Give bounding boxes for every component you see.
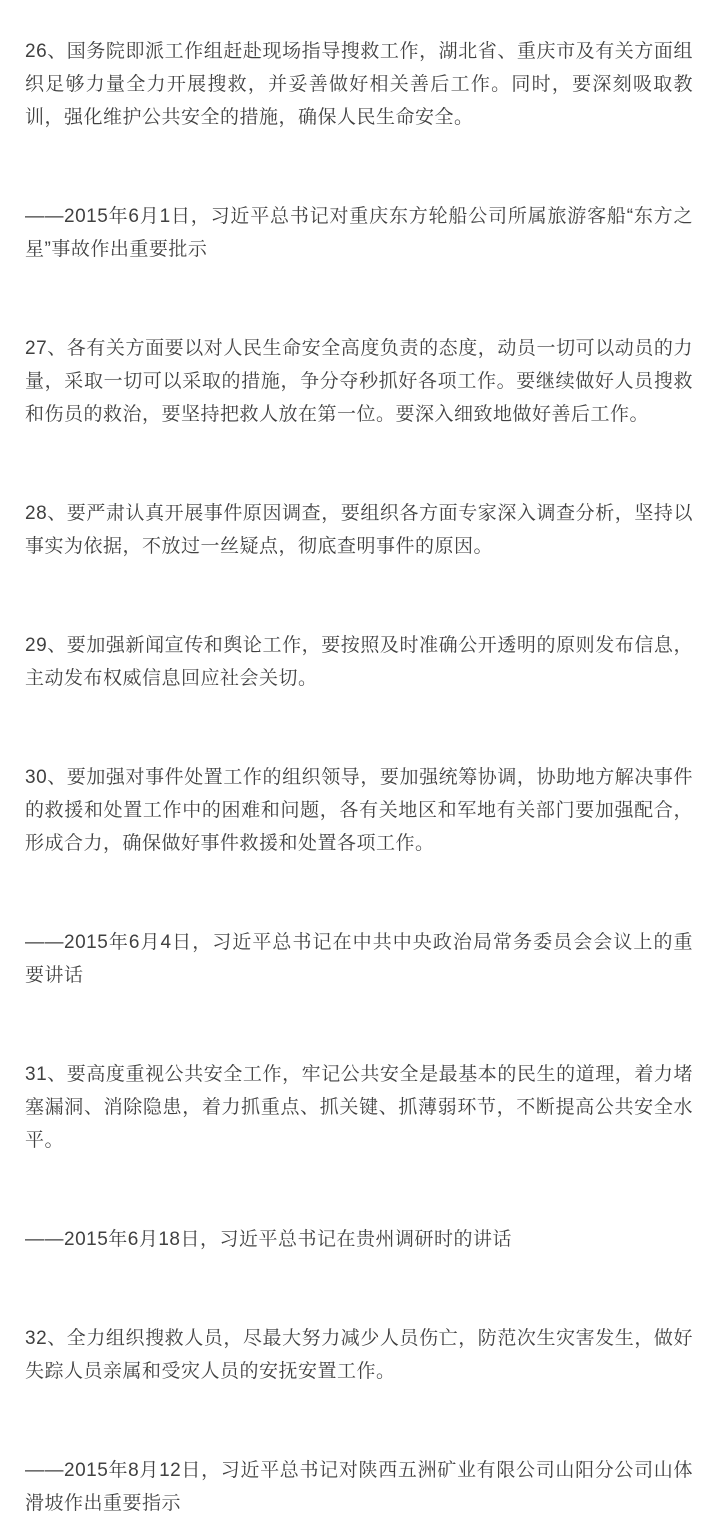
paragraph-29: 29、要加强新闻宣传和舆论工作，要按照及时准确公开透明的原则发布信息，主动发布权… xyxy=(25,629,693,695)
attribution-line-jun1: ——2015年6月1日，习近平总书记对重庆东方轮船公司所属旅游客船“东方之星”事… xyxy=(25,200,693,266)
paragraph-27: 27、各有关方面要以对人民生命安全高度负责的态度，动员一切可以动员的力量，采取一… xyxy=(25,332,693,431)
attribution-line-aug12: ——2015年8月12日，习近平总书记对陕西五洲矿业有限公司山阳分公司山体滑坡作… xyxy=(25,1454,693,1520)
paragraph-30: 30、要加强对事件处置工作的组织领导，要加强统筹协调，协助地方解决事件的救援和处… xyxy=(25,761,693,860)
document-body: 26、国务院即派工作组赶赴现场指导搜救工作，湖北省、重庆市及有关方面组织足够力量… xyxy=(0,0,718,1540)
paragraph-26: 26、国务院即派工作组赶赴现场指导搜救工作，湖北省、重庆市及有关方面组织足够力量… xyxy=(25,35,693,134)
attribution-line-jun18: ——2015年6月18日，习近平总书记在贵州调研时的讲话 xyxy=(25,1223,693,1256)
paragraph-28: 28、要严肃认真开展事件原因调查，要组织各方面专家深入调查分析，坚持以事实为依据… xyxy=(25,497,693,563)
attribution-line-jun4: ——2015年6月4日，习近平总书记在中共中央政治局常务委员会会议上的重要讲话 xyxy=(25,926,693,992)
paragraph-31: 31、要高度重视公共安全工作，牢记公共安全是最基本的民生的道理，着力堵塞漏洞、消… xyxy=(25,1058,693,1157)
paragraph-32: 32、全力组织搜救人员，尽最大努力减少人员伤亡，防范次生灾害发生，做好失踪人员亲… xyxy=(25,1322,693,1388)
